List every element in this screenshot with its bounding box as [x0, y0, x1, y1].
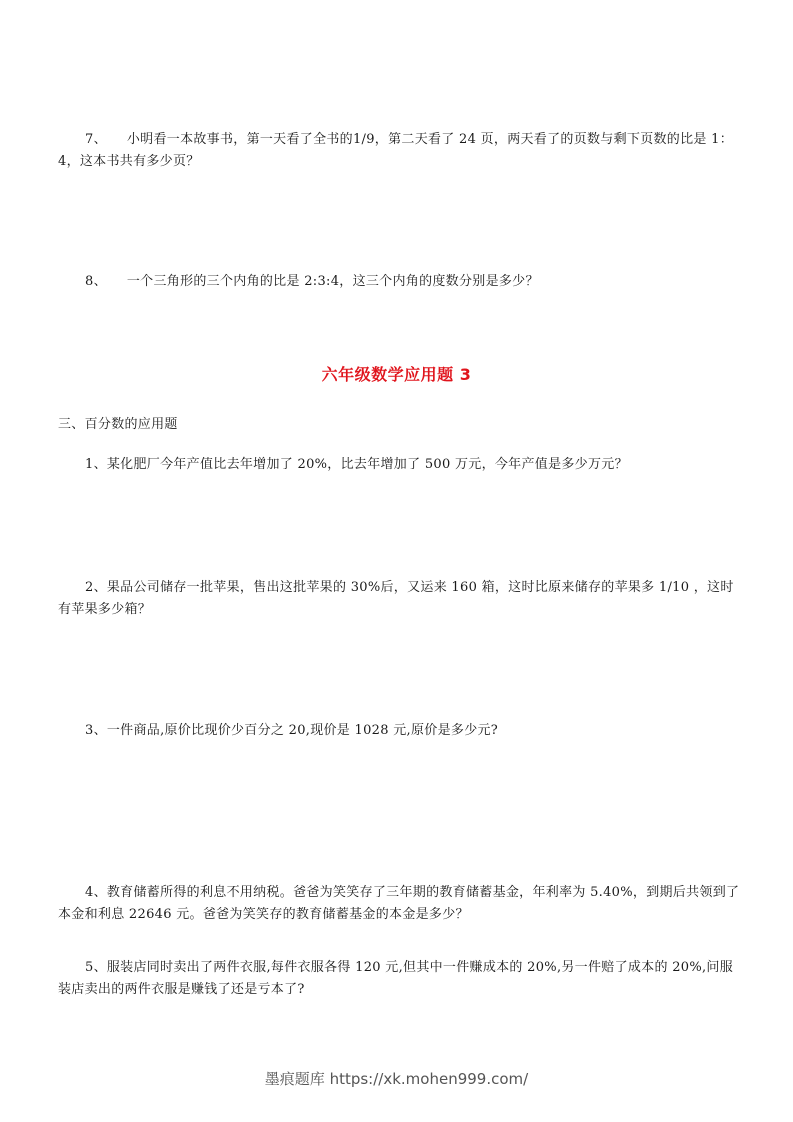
question-4: 4、教育储蓄所得的利息不用纳税。爸爸为笑笑存了三年期的教育储蓄基金，年利率为 5…	[58, 882, 740, 926]
question-3: 3、一件商品,原价比现价少百分之 20,现价是 1028 元,原价是多少元?	[58, 720, 740, 742]
question-7: 7、小明看一本故事书，第一天看了全书的1/9，第二天看了 24 页，两天看了的页…	[58, 129, 740, 173]
question-1: 1、某化肥厂今年产值比去年增加了 20%，比去年增加了 500 万元，今年产值是…	[58, 454, 740, 476]
question-8: 8、一个三角形的三个内角的比是 2:3:4，这三个内角的度数分别是多少？	[58, 271, 740, 293]
question-5: 5、服装店同时卖出了两件衣服,每件衣服各得 120 元,但其中一件赚成本的 20…	[58, 957, 740, 1001]
footer-watermark: 墨痕题库 https://xk.mohen999.com/	[0, 1068, 793, 1090]
page-title: 六年级数学应用题 3	[0, 363, 793, 387]
question-2: 2、果品公司储存一批苹果，售出这批苹果的 30%后，又运来 160 箱，这时比原…	[58, 577, 740, 621]
question-number: 7、	[85, 132, 107, 147]
question-text: 小明看一本故事书，第一天看了全书的1/9，第二天看了 24 页，两天看了的页数与…	[58, 132, 733, 169]
section-heading: 三、百分数的应用题	[58, 414, 178, 436]
question-text: 一个三角形的三个内角的比是 2:3:4，这三个内角的度数分别是多少？	[127, 274, 539, 289]
document-page: 7、小明看一本故事书，第一天看了全书的1/9，第二天看了 24 页，两天看了的页…	[0, 0, 793, 1122]
question-number: 8、	[85, 274, 107, 289]
